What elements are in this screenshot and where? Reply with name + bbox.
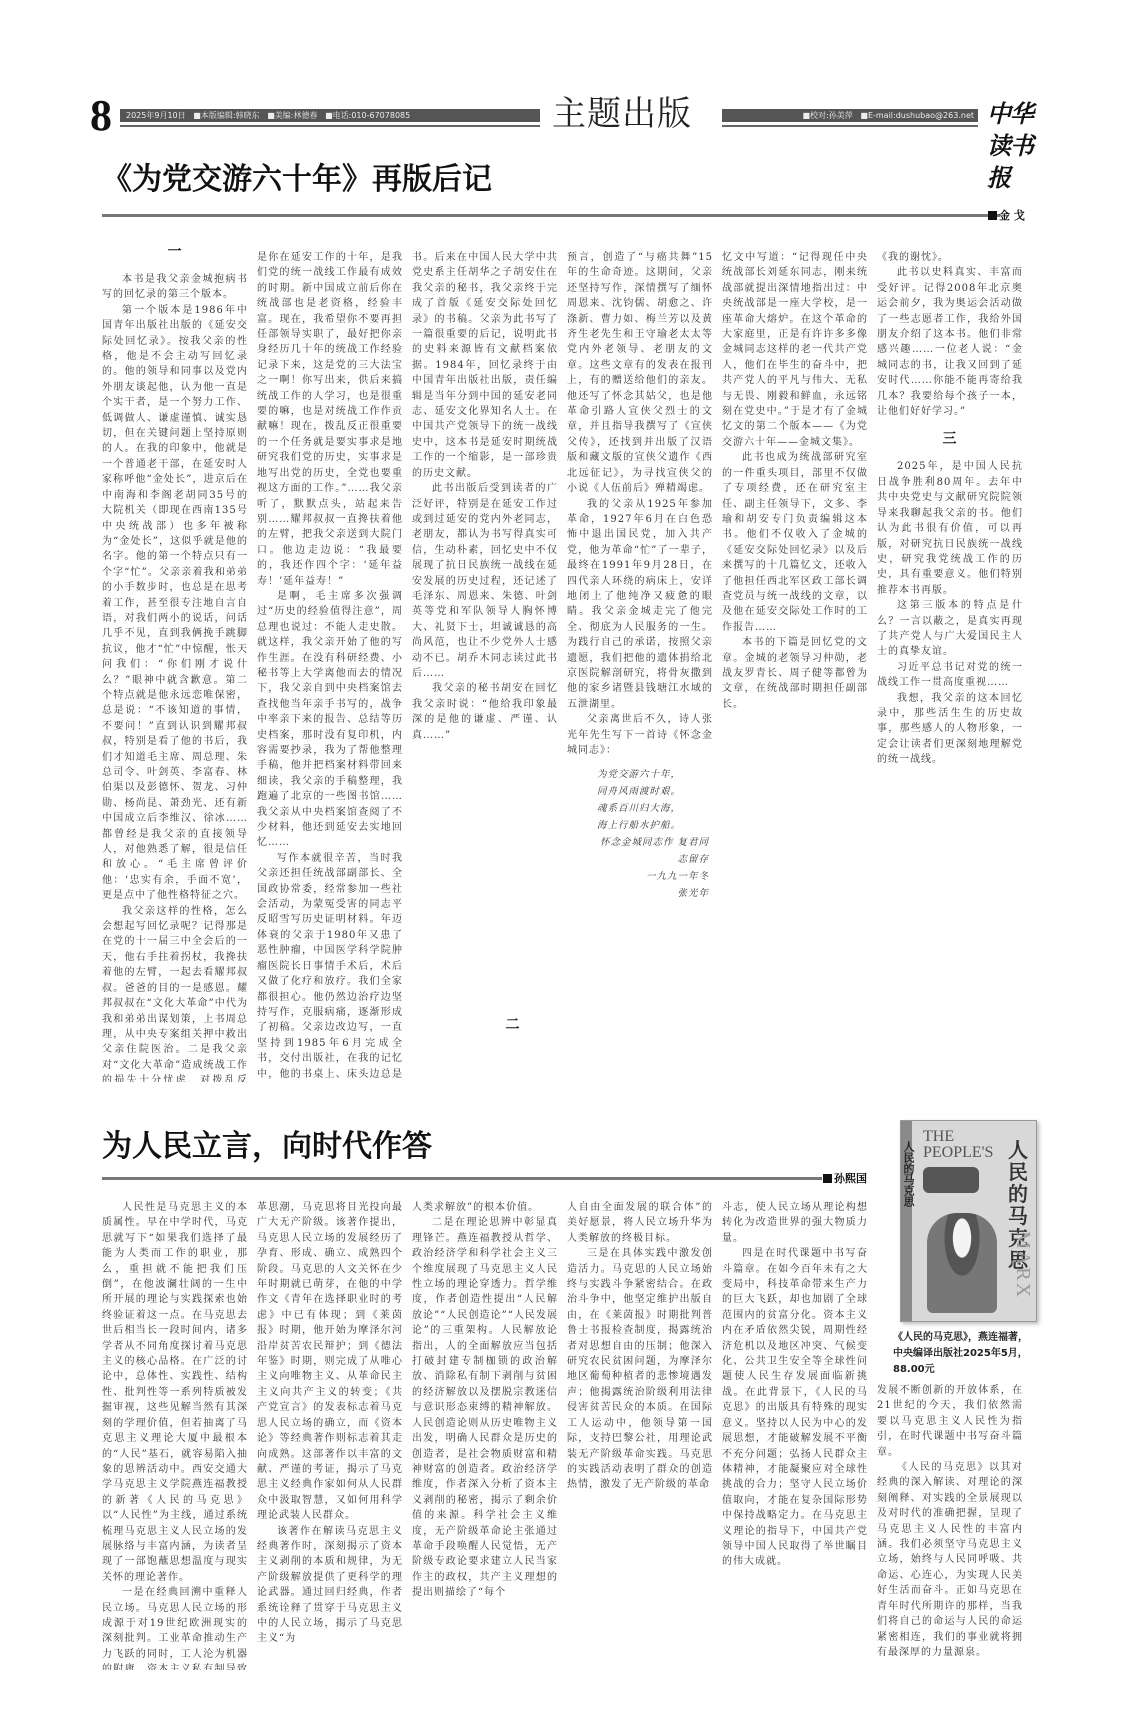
paragraph: 斗志，使人民立场从理论构想转化为改造世界的强大物质力量。 (722, 1200, 868, 1246)
article1-column-5: 忆文中写道：“记得现任中央统战部长刘延东同志，刚来统战部就提出深情地指出过：中央… (722, 250, 868, 1082)
masthead-info-bar-left: 2025年9月10日 ■本版编辑:韩晓东 ■美编:林德春 ■电话:010-670… (120, 109, 540, 122)
book-marx-subtitle: MARX (1011, 1231, 1034, 1299)
en-title-line: PEOPLE'S (923, 1144, 993, 1161)
poem-line: 为党交游六十年， (597, 766, 713, 783)
en-title-line: THE (923, 1128, 954, 1145)
article2-byline: 孙熙国 (823, 1170, 867, 1186)
paragraph: 我父亲的秘书胡安在回忆我父亲时说：“他给我印象最深的是他的谦虚、严谨、认真……” (412, 681, 558, 743)
article2-column-2: 革思潮，马克思将目光投向最广大无产阶级。该著作提出，马克思人民立场的发展经历了孕… (257, 1200, 403, 1670)
phone-number: ■电话:010-67078085 (325, 111, 410, 120)
paragraph: 这第三版本的特点是什么？一言以蔽之，是真实再现了共产党人与广大爱国民主人士的真挚… (877, 598, 1023, 660)
paragraph: 三是在具体实践中激发创造活力。马克思的人民立场始终与实践斗争紧密结合。在政治斗争… (567, 1246, 713, 1493)
article1-headline: 《为党交游六十年》再版后记 (102, 152, 492, 208)
paragraph: 革思潮，马克思将目光投向最广大无产阶级。该著作提出，马克思人民立场的发展经历了孕… (257, 1200, 403, 1524)
article1-column-3: 书。后来在中国人民大学中共党史系主任胡华之子胡安住在我父亲的秘书，我父亲终于完成… (412, 250, 558, 1010)
section-number-two: 二 (440, 1010, 586, 1040)
paragraph: 该著作在解读马克思主义经典著作时，深刻揭示了资本主义剥削的本质和规律，为无产阶级… (257, 1524, 403, 1647)
paragraph: 预言，创造了“与癌共舞”15年的生命奇迹。这期间，父亲还坚持写作，深情撰写了缅怀… (567, 250, 713, 497)
book-english-title: THEPEOPLE'S (923, 1129, 993, 1161)
paragraph: 二是在理论思辨中彰显真理锋芒。燕连福教授从哲学、政治经济学和科学社会主义三个维度… (412, 1215, 558, 1600)
proofreader-credit: ■校对:孙美萍 (802, 111, 852, 120)
paragraph: 人自由全面发展的联合体”的美好愿景，将人民立场升华为人类解放的终极目标。 (567, 1200, 713, 1246)
article2-headline-rule (102, 1177, 822, 1180)
issue-date: 2025年9月10日 (126, 111, 186, 120)
poem-poet: 张光年 (597, 885, 713, 902)
newspaper-logo: 中华读书报 (987, 98, 1040, 194)
article2-author: 孙熙国 (834, 1172, 867, 1185)
paragraph: 《我的谢忱》。 (877, 250, 1023, 265)
article1-author: 金 戈 (999, 209, 1025, 222)
paragraph: 此书以史料真实、丰富而受好评。记得2008年北京奥运会前夕，我为奥运会活动做了一… (877, 265, 1023, 419)
paragraph: 忆文中写道：“记得现任中央统战部长刘延东同志，刚来统战部就提出深情地指出过：中央… (722, 250, 868, 450)
paragraph: 习近平总书记对党的统一战线工作一贯高度重视…… (877, 660, 1023, 691)
email-address: ■E-mail:dushubao@263.net (860, 111, 974, 120)
paragraph: 《人民的马克思》以其对经典的深入解读、对理论的深刻阐释、对实践的全景展现以及对时… (877, 1460, 1023, 1660)
page-number: 8 (90, 94, 112, 138)
article1-column-2: 是你在延安工作的十年，是我们党的统一战线工作最有成效的时期。新中国成立前后你在统… (257, 250, 403, 1082)
book-badge (923, 1167, 979, 1193)
paragraph: 书。后来在中国人民大学中共党史系主任胡华之子胡安住在我父亲的秘书，我父亲终于完成… (412, 250, 558, 481)
paragraph: 人民性是马克思主义的本质属性。早在中学时代，马克思就写下“如果我们选择了最能为人… (102, 1200, 248, 1585)
byline-square-icon (823, 1174, 832, 1183)
poem-line: 海上行船水护船。 (597, 817, 713, 834)
article2-column-3: 人类求解放”的根本价值。 二是在理论思辨中彰显真理锋芒。燕连福教授从哲学、政治经… (412, 1200, 558, 1670)
article1-column-4: 预言，创造了“与癌共舞”15年的生命奇迹。这期间，父亲还坚持写作，深情撰写了缅怀… (567, 250, 713, 1082)
book-cover-image: 人民的马克思 THEPEOPLE'S 人民的马克思 MARX (900, 1120, 1037, 1322)
article1-column-6: 《我的谢忱》。 此书以史料真实、丰富而受好评。记得2008年北京奥运会前夕，我为… (877, 250, 1023, 1082)
article2-column-1: 人民性是马克思主义的本质属性。早在中学时代，马克思就写下“如果我们选择了最能为人… (102, 1200, 248, 1670)
designer-credit: ■美编:林德春 (267, 111, 317, 120)
article1-headline-rule (102, 214, 1000, 217)
paragraph: 发展不断创新的开放体系，在21世纪的今天，我们依然需要以马克思主义人民性为指引，… (877, 1383, 1023, 1460)
byline-square-icon (988, 211, 997, 220)
paragraph: 本书的下篇是回忆党的文章。金城的老领导习仲勋，老战友罗青长、周子健等都曾为文章，… (722, 635, 868, 712)
poem-line: 同舟风雨渡时艰。 (597, 783, 713, 800)
paragraph: 人类求解放”的根本价值。 (412, 1200, 558, 1215)
article2-column-4: 人自由全面发展的联合体”的美好愿景，将人民立场升华为人类解放的终极目标。 三是在… (567, 1200, 713, 1670)
article1-column-1: 一 本书是我父亲金城抱病书写的回忆录的第三个版本。 第一个版本是1986年中国青… (102, 232, 248, 1082)
book-spine-title: 人民的马克思 (903, 1141, 915, 1207)
book-caption: 《人民的马克思》，燕连福著，中央编译出版社2025年5月，88.00元 (893, 1330, 1035, 1378)
masthead-info-bar-right: ■校对:孙美萍 ■E-mail:dushubao@263.net (722, 109, 978, 122)
paragraph: 此书也成为统战部研究室的一件重头项目，部里不仅做了专项经费，还在研究室主任、副主… (722, 450, 868, 635)
masthead: 8 2025年9月10日 ■本版编辑:韩晓东 ■美编:林德春 ■电话:010-6… (90, 92, 1040, 142)
article1-byline: 金 戈 (988, 207, 1025, 223)
paragraph: 我想，我父亲的这本回忆录中，那些活生生的历史故事，那些感人的人物形象，一定会让读… (877, 691, 1023, 768)
paragraph: 是你在延安工作的十年，是我们党的统一战线工作最有成效的时期。新中国成立前后你在统… (257, 250, 403, 589)
article2-column-6: 发展不断创新的开放体系，在21世纪的今天，我们依然需要以马克思主义人民性为指引，… (877, 1383, 1023, 1670)
paragraph: 是啊，毛主席多次强调过“历史的经验值得注意”，周总理也说过：不能人走史散。就这样… (257, 589, 403, 851)
poem-date: 一九九一年冬 (597, 868, 713, 885)
paragraph: 2025年，是中国人民抗日战争胜利80周年。去年中共中央党史与文献研究院院领导来… (877, 459, 1023, 598)
masthead-divider-left (120, 125, 540, 127)
poem-line: 魂系百川归大海， (597, 800, 713, 817)
masthead-divider-right (722, 125, 978, 127)
article2-headline: 为人民立言，向时代作答 (102, 1122, 432, 1172)
paragraph: 一是在经典回溯中重释人民立场。马克思人民立场的形成源于对19世纪欧洲现实的深刻批… (102, 1585, 248, 1670)
paragraph: 四是在时代课题中书写奋斗篇章。在如今百年未有之大变局中，科技革命带来生产力的巨大… (722, 1246, 868, 1570)
section-number-one: 一 (102, 232, 248, 272)
editor-credit: ■本版编辑:韩晓东 (193, 111, 259, 120)
paragraph: 本书是我父亲金城抱病书写的回忆录的第三个版本。 (102, 272, 248, 303)
article2-column-5: 斗志，使人民立场从理论构想转化为改造世界的强大物质力量。 四是在时代课题中书写奋… (722, 1200, 868, 1670)
article1-section-two: 二 (440, 1010, 586, 1082)
paragraph: 父亲离世后不久，诗人张光年先生写下一首诗《怀念金城同志》： (567, 712, 713, 758)
paragraph: 我的父亲从1925年参加革命，1927年6月在白色恐怖中退出国民党，加入共产党，… (567, 497, 713, 713)
paragraph: 第一个版本是1986年中国青年出版社出版的《延安交际处回忆录》。按我父亲的性格，… (102, 303, 248, 904)
section-title: 主题出版 (552, 92, 692, 136)
section-number-three: 三 (877, 419, 1023, 459)
paragraph: 写作本就很辛苦，当时我父亲还担任统战部副部长、全国政协常委，经常参加一些社会活动… (257, 851, 403, 1082)
poem: 为党交游六十年， 同舟风雨渡时艰。 魂系百川归大海， 海上行船水护船。 怀念金城… (567, 766, 713, 902)
poem-signature: 怀念金城同志作 复君同志留存 (597, 834, 713, 868)
paragraph: 我父亲这样的性格，怎么会想起写回忆录呢？记得那是在党的十一届三中全会后的一天，他… (102, 904, 248, 1082)
paragraph: 此书出版后受到读者的广泛好评，特别是在延安工作过或到过延安的党内外老同志，老朋友… (412, 481, 558, 681)
marx-portrait-illustration (927, 1213, 997, 1313)
